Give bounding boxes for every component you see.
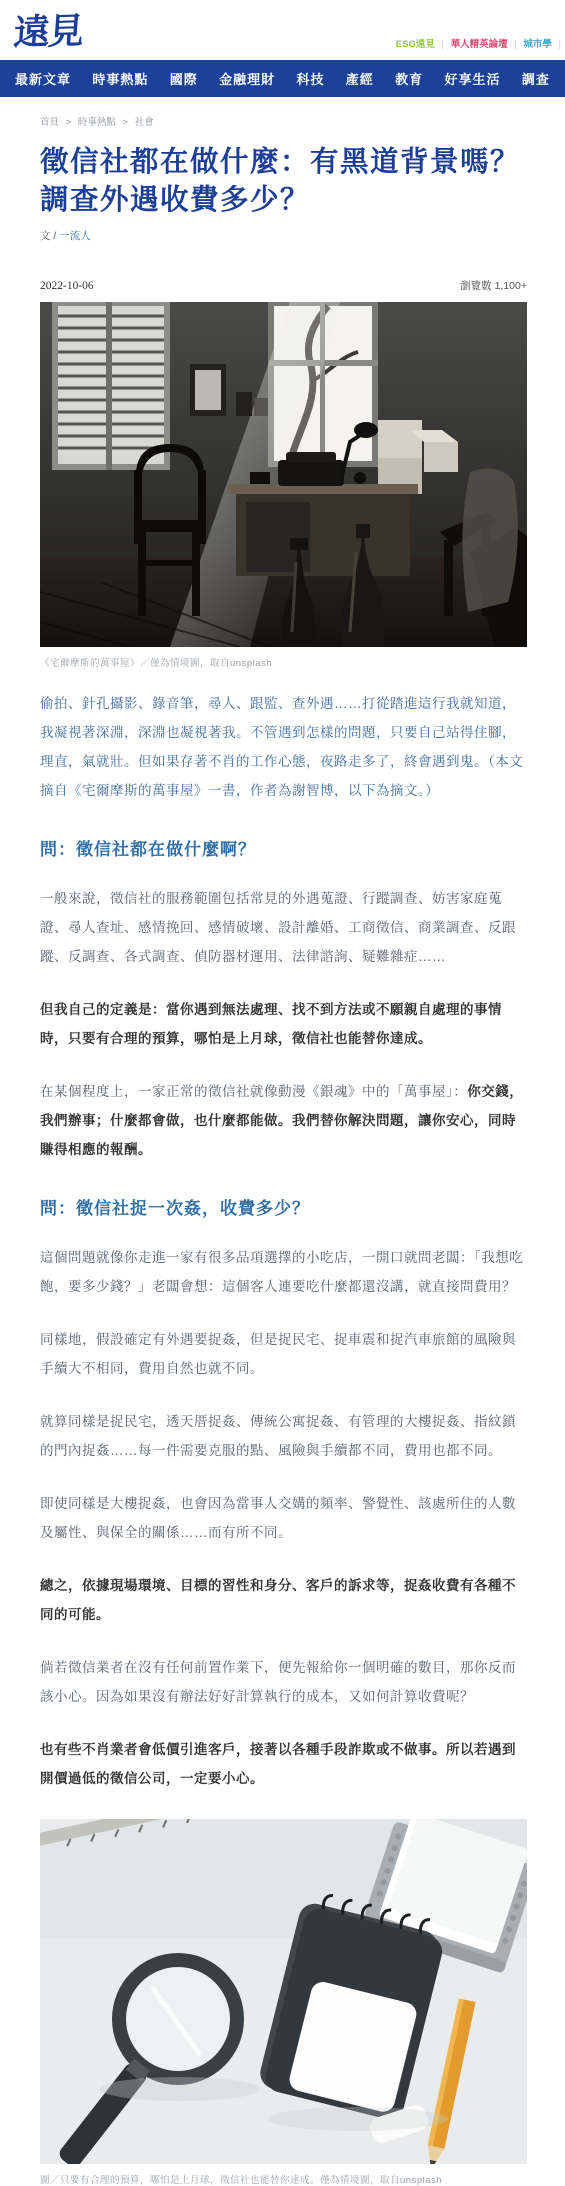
nav-item-education[interactable]: 教育 <box>395 69 423 88</box>
meta-row: 2022-10-06 瀏覽數 1,100+ <box>40 278 527 293</box>
section2-p7: 也有些不肖業者會低價引進客戶，接著以各種手段詐欺或不做事。所以若遇到開價過低的徵… <box>40 1735 527 1793</box>
main-nav: 最新文章 時事熱點 國際 金融理財 科技 產經 教育 好享生活 調查 <box>0 60 565 97</box>
link-separator: | <box>514 39 516 50</box>
nav-item-survey[interactable]: 調查 <box>522 69 550 88</box>
link-elite-forum[interactable]: 華人精英論壇 <box>451 39 508 50</box>
section1-heading: 問：徵信社都在做什麼啊？ <box>40 835 527 860</box>
breadcrumb-separator: > <box>123 117 129 128</box>
byline: 文 / 一流人 <box>40 228 527 243</box>
author-link[interactable]: 一流人 <box>59 230 91 242</box>
section2-p4: 即使同樣是大樓捉姦，也會因為當事人交媾的頻率、警覺性、該處所住的人數及屬性、與保… <box>40 1489 527 1547</box>
section2-p2: 同樣地，假設確定有外遇要捉姦，但是捉民宅、捉車震和捉汽車旅館的風險與手續大不相同… <box>40 1325 527 1383</box>
link-esg[interactable]: ESG遠見 <box>396 39 435 50</box>
link-separator: | <box>442 39 444 50</box>
second-image-desk-scene <box>40 1819 527 2164</box>
article-container: 首頁 > 時事熱點 > 社會 徵信社都在做什麼：有黑道背景嗎？調查外遇收費多少？… <box>0 114 565 2186</box>
view-count: 瀏覽數 1,100+ <box>460 278 527 293</box>
section1-p3: 在某個程度上，一家正常的徵信社就像動漫《銀魂》中的「萬事屋」：你交錢，我們辦事；… <box>40 1077 527 1164</box>
hero-caption: 《宅爾摩斯的萬事屋》／僅為情境圖，取自unsplash <box>40 655 527 669</box>
breadcrumb-separator: > <box>66 117 72 128</box>
publish-date: 2022-10-06 <box>40 280 94 292</box>
nav-item-lifestyle[interactable]: 好享生活 <box>445 69 501 88</box>
site-logo[interactable]: 遠見 <box>12 3 84 56</box>
link-city-learning[interactable]: 城市學 <box>523 39 552 50</box>
site-header: 遠見 ESG遠見 | 華人精英論壇 | 城市學 | <box>0 0 565 60</box>
nav-item-current-affairs[interactable]: 時事熱點 <box>92 69 148 88</box>
byline-prefix: 文 / <box>40 230 56 242</box>
breadcrumb-home[interactable]: 首頁 <box>40 117 59 128</box>
link-separator: | <box>559 39 561 50</box>
nav-item-finance[interactable]: 金融理財 <box>219 69 275 88</box>
section2-heading: 問：徵信社捉一次姦，收費多少？ <box>40 1194 527 1219</box>
nav-item-industry[interactable]: 產經 <box>346 69 374 88</box>
nav-item-latest[interactable]: 最新文章 <box>15 69 71 88</box>
breadcrumb: 首頁 > 時事熱點 > 社會 <box>40 114 527 128</box>
section2-p1: 這個問題就像你走進一家有很多品項選擇的小吃店，一開口就問老闆：「我想吃飽，要多少… <box>40 1243 527 1301</box>
section2-p5: 總之，依據現場環境、目標的習性和身分、客戶的訴求等，捉姦收費有各種不同的可能。 <box>40 1571 527 1629</box>
nav-item-international[interactable]: 國際 <box>170 69 198 88</box>
breadcrumb-subcategory[interactable]: 社會 <box>135 117 154 128</box>
nav-item-tech[interactable]: 科技 <box>296 69 324 88</box>
section1-p1: 一般來說，徵信社的服務範圍包括常見的外遇蒐證、行蹤調查、妨害家庭蒐證、尋人查址、… <box>40 884 527 971</box>
section1-p2: 但我自己的定義是：當你遇到無法處理、找不到方法或不願親自處理的事情時，只要有合理… <box>40 995 527 1053</box>
hero-image-office-scene <box>40 302 527 647</box>
second-figure <box>40 1819 527 2164</box>
lead-paragraph: 偷拍、針孔攝影、錄音筆，尋人、跟監、查外遇……打從踏進這行我就知道，我凝視著深淵… <box>40 689 527 805</box>
breadcrumb-category[interactable]: 時事熱點 <box>78 117 116 128</box>
second-image-caption: 圖／只要有合理的預算，哪怕是上月球，徵信社也能替你達成。僅為情境圖，取自unsp… <box>40 2172 527 2186</box>
section1-p3-normal: 在某個程度上，一家正常的徵信社就像動漫《銀魂》中的「萬事屋」： <box>40 1084 467 1099</box>
header-links: ESG遠見 | 華人精英論壇 | 城市學 | <box>396 36 565 50</box>
article-title: 徵信社都在做什麼：有黑道背景嗎？調查外遇收費多少？ <box>40 143 527 219</box>
hero-figure: 《宅爾摩斯的萬事屋》／僅為情境圖，取自unsplash <box>40 302 527 669</box>
section2-p6: 倘若徵信業者在沒有任何前置作業下，便先報給你一個明確的數目，那你反而該小心。因為… <box>40 1653 527 1711</box>
section2-p3: 就算同樣是捉民宅，透天厝捉姦、傳統公寓捉姦、有管理的大樓捉姦、指紋鎖的門內捉姦…… <box>40 1407 527 1465</box>
